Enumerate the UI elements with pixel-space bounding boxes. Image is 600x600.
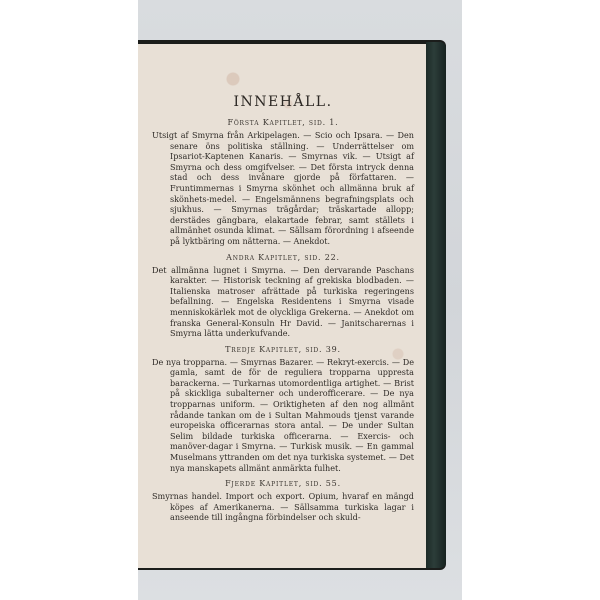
chapter-4: Fjerde Kapitlet, sid. 55. Smyrnas handel… (152, 479, 414, 523)
chapter-3: Tredje Kapitlet, sid. 39. De nya troppar… (152, 345, 414, 474)
page-title: INNEHÅLL. (152, 94, 414, 110)
book-spine (426, 42, 446, 568)
chapter-summary: Utsigt af Smyrna från Arkipelagen. — Sci… (152, 130, 414, 247)
chapter-heading: Fjerde Kapitlet, sid. 55. (152, 479, 414, 488)
chapter-heading: Tredje Kapitlet, sid. 39. (152, 345, 414, 354)
chapter-heading: Första Kapitlet, sid. 1. (152, 118, 414, 127)
chapter-summary: Smyrnas handel. Import och export. Opium… (152, 491, 414, 523)
chapter-heading: Andra Kapitlet, sid. 22. (152, 253, 414, 262)
chapter-summary: De nya tropparna. — Smyrnas Bazarer. — R… (152, 357, 414, 474)
chapter-2: Andra Kapitlet, sid. 22. Det allmänna lu… (152, 253, 414, 339)
chapter-1: Första Kapitlet, sid. 1. Utsigt af Smyrn… (152, 118, 414, 247)
book-page: INNEHÅLL. Första Kapitlet, sid. 1. Utsig… (138, 44, 426, 568)
chapter-summary: Det allmänna lugnet i Smyrna. — Den derv… (152, 265, 414, 339)
